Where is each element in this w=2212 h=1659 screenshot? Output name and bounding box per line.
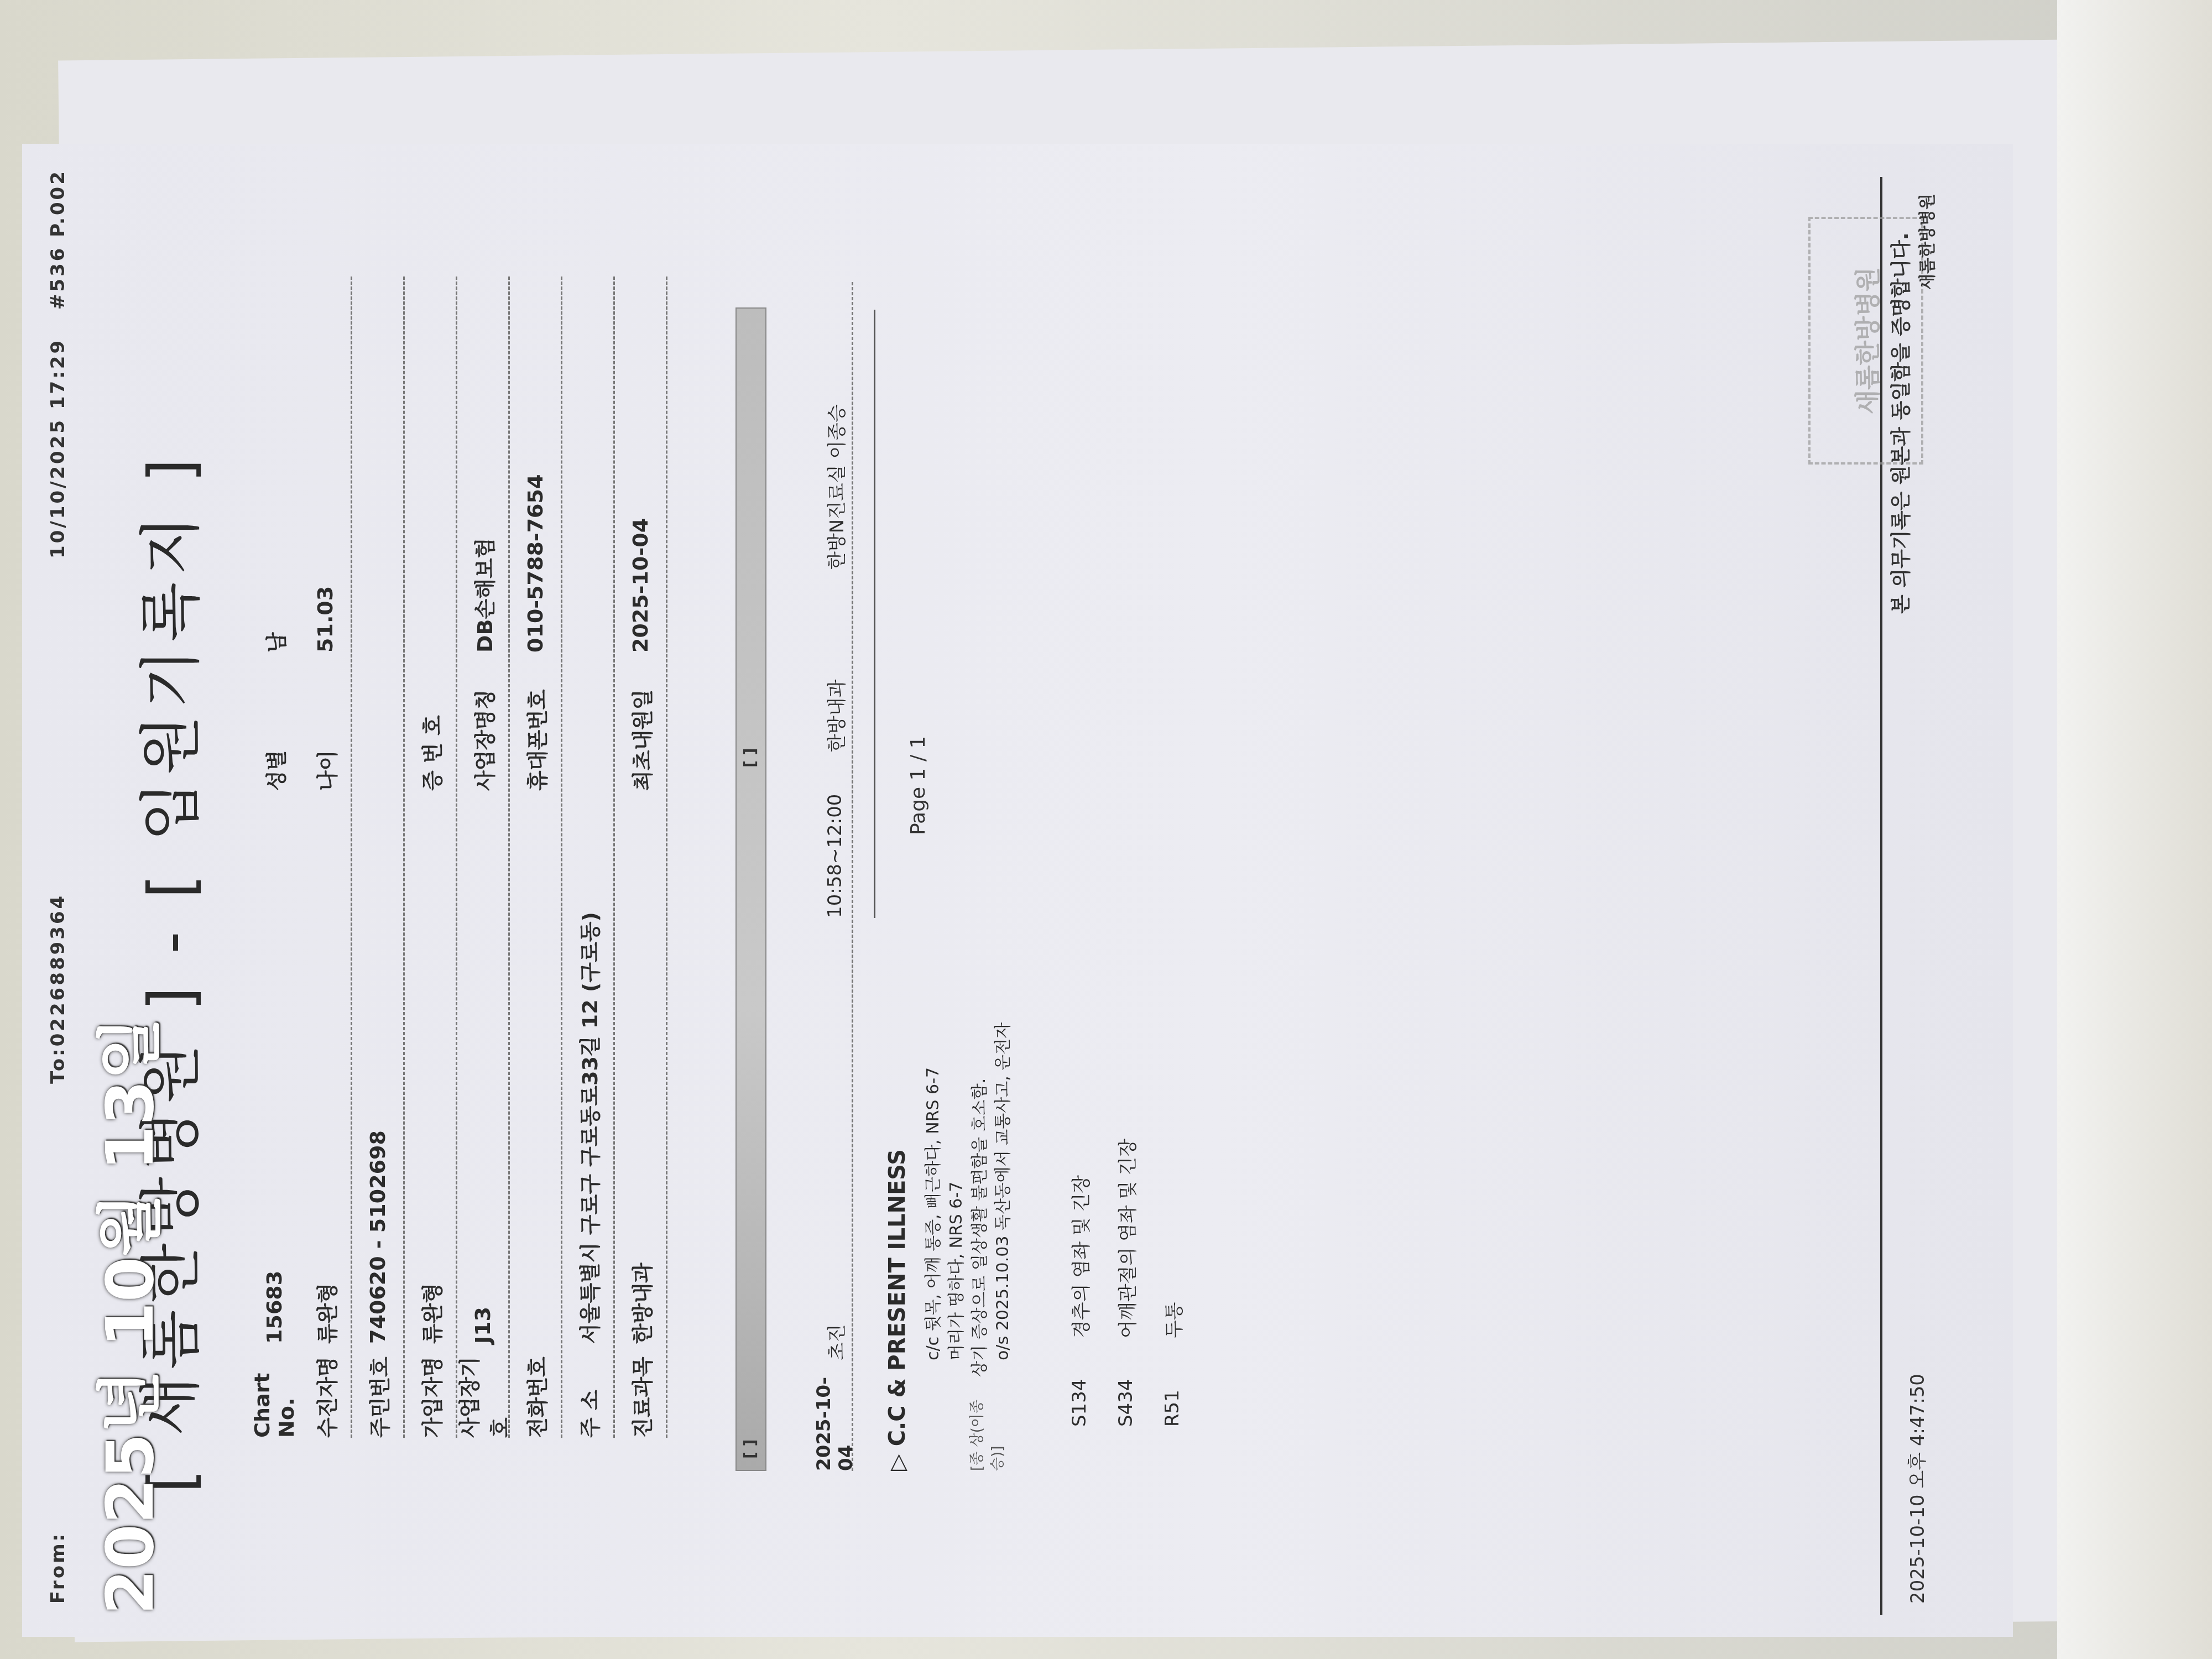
cc-line: c/c 뒷목, 어깨 통증, 뻐근하다, NRS 6-7 xyxy=(919,1067,942,1383)
cc-line: o/s 2025.10.03 독산동에서 교통사고, 운전자 xyxy=(989,1022,1012,1383)
department: 한방내과 xyxy=(625,791,656,1344)
workplace-code: J13 xyxy=(471,791,495,1344)
visit-type: 초진 xyxy=(822,918,849,1360)
visit-time: 10:58~12:00 xyxy=(824,752,846,918)
patient-info-table: Chart No. 15683 성별 남 수진자명 류완형 나이 51.03 주… xyxy=(249,276,667,1438)
chart-no-label: Chart No. xyxy=(250,1344,299,1438)
diagnosis-name: 두통 xyxy=(1159,1302,1186,1338)
section-bar: [ ] [ ] xyxy=(735,307,766,1471)
diagnosis-list: S134 경추의 염좌 및 긴장 S434 어깨관절의 염좌 및 긴장 R51 … xyxy=(1056,1139,1196,1427)
certification: 본 의무기록은 원본과 동일함을 증명합니다. 새롬한방병원 xyxy=(1886,194,1914,614)
certification-text: 본 의무기록은 원본과 동일함을 증명합니다. xyxy=(1890,232,1913,614)
diagnosis-row: S434 어깨관절의 염좌 및 긴장 xyxy=(1103,1139,1149,1427)
age: 51.03 xyxy=(313,376,337,653)
patient-name-label: 수진자명 xyxy=(310,1344,341,1438)
diagnosis-name: 어깨관절의 염좌 및 긴장 xyxy=(1113,1139,1140,1338)
phone-label: 전화번호 xyxy=(520,1344,551,1438)
workplace-name: DB손해보험 xyxy=(468,376,498,653)
diagnosis-row: R51 두통 xyxy=(1149,1139,1196,1427)
first-visit: 2025-10-04 xyxy=(628,376,653,653)
address: 서울특별시 구로구 구로동로33길 12 (구로동) xyxy=(573,376,603,1344)
diagnosis-name: 경추의 염좌 및 긴장 xyxy=(1066,1175,1093,1338)
fax-to: To:0226889364 xyxy=(47,894,69,1084)
document-page: From: To:0226889364 10/10/2025 17:29 #53… xyxy=(22,144,2013,1637)
subscriber-label: 가입자명 xyxy=(415,1344,446,1438)
cc-present-illness: ▷ C.C & PRESENT ILLNESS c/c 뒷목, 어깨 통증, 뻐… xyxy=(885,1022,1012,1471)
age-label: 나이 xyxy=(310,653,341,791)
gender: 남 xyxy=(259,376,290,653)
desk-edge xyxy=(2057,0,2212,1659)
cc-line: 머리가 띵하다, NRS 6-7 xyxy=(942,1182,966,1383)
diagnosis-code: S434 xyxy=(1115,1338,1137,1427)
print-datetime: 2025-10-10 오후 4:47:50 xyxy=(1902,1374,1929,1604)
certification-hospital: 새롬한방병원 xyxy=(1913,194,1938,290)
first-visit-label: 최초내원일 xyxy=(625,653,656,791)
subscriber: 류완형 xyxy=(415,791,446,1344)
patient-name: 류완형 xyxy=(310,791,341,1344)
chart-no: 15683 xyxy=(262,791,286,1344)
photo-date-overlay: 2025년 10월 13일 xyxy=(77,1017,171,1615)
fax-header: From: To:0226889364 10/10/2025 17:29 #53… xyxy=(47,144,80,1637)
department-label: 진료과목 xyxy=(625,1344,656,1438)
visit-doctor: 한방N진료실 이종승 xyxy=(822,404,849,570)
gender-label: 성별 xyxy=(259,653,290,791)
bar-mark-left: [ ] xyxy=(741,1439,759,1459)
visit-row: 2025-10-04 초진 10:58~12:00 한방내과 한방N진료실 이종… xyxy=(818,282,853,1471)
bar-mark-mid: [ ] xyxy=(741,748,759,768)
cert-no-label: 증 번 호 xyxy=(415,653,446,791)
mobile-label: 휴대폰번호 xyxy=(520,653,551,791)
visit-date: 2025-10-04 xyxy=(813,1360,857,1471)
workplace-name-label: 사업장명칭 xyxy=(468,653,498,791)
cc-line: 상기 증상으로 일상생활 불편함을 호소함. xyxy=(966,1078,989,1383)
address-label: 주 소 xyxy=(573,1344,603,1438)
diagnosis-code: R51 xyxy=(1161,1338,1183,1427)
workplace-code-label: 사업장기호 xyxy=(452,1344,513,1438)
diagnosis-row: S134 경추의 염좌 및 긴장 xyxy=(1056,1139,1103,1427)
cc-author-tag: [종 상(이종승)] xyxy=(966,1383,989,1471)
page-divider xyxy=(874,310,875,918)
visit-department: 한방내과 xyxy=(822,570,849,752)
fax-from: From: xyxy=(47,1532,69,1604)
page-number: Page 1 / 1 xyxy=(907,736,930,835)
cc-heading: ▷ C.C & PRESENT ILLNESS xyxy=(885,1022,910,1471)
fax-datetime: 10/10/2025 17:29 xyxy=(47,338,69,559)
mobile: 010-5788-7654 xyxy=(523,376,547,653)
diagnosis-code: S134 xyxy=(1068,1338,1091,1427)
resident-no: 740620 - 5102698 xyxy=(366,791,390,1344)
fax-page-ref: #536 P.002 xyxy=(47,169,69,310)
resident-no-label: 주민번호 xyxy=(363,1344,393,1438)
